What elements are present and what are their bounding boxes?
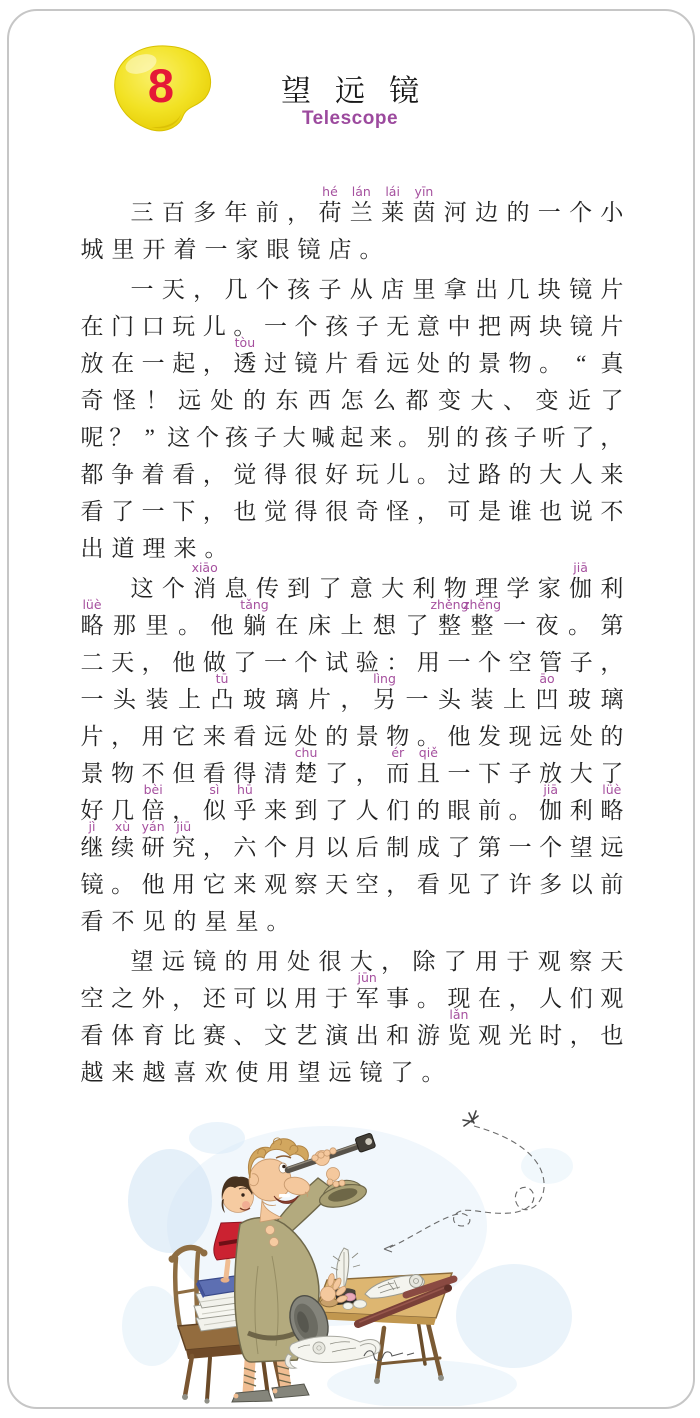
char: 似sì bbox=[202, 792, 226, 829]
char: 了 bbox=[478, 866, 502, 903]
char: 天 bbox=[325, 866, 349, 903]
char: 多 bbox=[539, 866, 563, 903]
pinyin-annotation: lüè bbox=[602, 784, 621, 797]
char: 演 bbox=[325, 1017, 349, 1054]
char: 了 bbox=[325, 755, 349, 792]
text-line: 三百多年前，荷hé兰lán莱lái茵yīn河边的一个小 bbox=[80, 194, 624, 231]
char: 孩 bbox=[287, 271, 311, 308]
char: 整zhěng bbox=[438, 607, 462, 644]
char: 处 bbox=[287, 943, 311, 980]
char: 二 bbox=[80, 644, 104, 681]
char: 也 bbox=[600, 1017, 624, 1054]
char: 乎hū bbox=[233, 792, 257, 829]
char: 意 bbox=[416, 308, 440, 345]
char: 喜 bbox=[173, 1054, 197, 1091]
char: 意 bbox=[349, 570, 373, 607]
char: 孩 bbox=[484, 419, 508, 456]
char: 人 bbox=[539, 980, 563, 1017]
char: 片 bbox=[600, 271, 624, 308]
char: 近 bbox=[568, 382, 592, 419]
char: 觉 bbox=[233, 456, 257, 493]
char: 想 bbox=[373, 607, 397, 644]
char: 他 bbox=[210, 607, 234, 644]
char: 用 bbox=[172, 866, 196, 903]
char: 一 bbox=[263, 308, 287, 345]
char: 家 bbox=[235, 231, 259, 268]
char: 谁 bbox=[508, 493, 532, 530]
char: 眼 bbox=[266, 231, 290, 268]
char: 且qiě bbox=[416, 755, 440, 792]
char: 头 bbox=[113, 681, 137, 718]
char: 上 bbox=[340, 607, 364, 644]
char: 以 bbox=[569, 866, 593, 903]
char: 出 bbox=[475, 271, 499, 308]
char: 望 bbox=[297, 1054, 321, 1091]
char: 利 bbox=[569, 792, 593, 829]
char: 一 bbox=[405, 681, 429, 718]
char: 。 bbox=[266, 903, 290, 940]
char: 一 bbox=[503, 607, 527, 644]
char: 消xiāo bbox=[193, 570, 217, 607]
char: 的 bbox=[243, 382, 267, 419]
char: 他 bbox=[141, 866, 165, 903]
char: 片 bbox=[80, 718, 104, 755]
pinyin-annotation: yán bbox=[142, 821, 165, 834]
char: 口 bbox=[141, 308, 165, 345]
char: 不 bbox=[111, 903, 135, 940]
text-line: 呢？”这个孩子大喊起来。别的孩子听了， bbox=[80, 419, 624, 456]
illustration bbox=[122, 1096, 582, 1406]
char: 来 bbox=[111, 1054, 135, 1091]
text-line: 望远镜的用处很大，除了用于观察天 bbox=[80, 943, 624, 980]
char: 一 bbox=[80, 681, 104, 718]
char: 了 bbox=[571, 419, 595, 456]
char: 开 bbox=[142, 231, 166, 268]
text-line: 空之外，还可以用于军jūn事。现在，人们观 bbox=[80, 980, 624, 1017]
char: 店 bbox=[381, 271, 405, 308]
pinyin-annotation: bèi bbox=[144, 784, 163, 797]
char: 很 bbox=[318, 943, 342, 980]
char: 也 bbox=[539, 493, 563, 530]
pinyin-annotation: lán bbox=[352, 186, 371, 199]
char: 着 bbox=[173, 231, 197, 268]
char: 远 bbox=[161, 943, 185, 980]
char: 里 bbox=[412, 271, 436, 308]
text-line: 一天，几个孩子从店里拿出几块镜片 bbox=[80, 271, 624, 308]
char: 里 bbox=[111, 231, 135, 268]
paragraph: 一天，几个孩子从店里拿出几块镜片在门口玩儿。一个孩子无意中把两块镜片放在一起，透… bbox=[80, 271, 624, 567]
char: 装 bbox=[145, 681, 169, 718]
char: 了 bbox=[405, 607, 429, 644]
char: 西 bbox=[308, 382, 332, 419]
char: 用 bbox=[294, 980, 318, 1017]
pinyin-annotation: qiě bbox=[419, 747, 438, 760]
text-line: 略lüè那里。他躺tǎng在床上想了整zhěng整zhěng一夜。第 bbox=[80, 607, 624, 644]
char: 别 bbox=[427, 419, 451, 456]
char: 光 bbox=[508, 1017, 532, 1054]
char: 争 bbox=[111, 456, 135, 493]
char: 另lìng bbox=[373, 681, 397, 718]
char: 门 bbox=[111, 308, 135, 345]
char: 块 bbox=[539, 308, 563, 345]
char: 在 bbox=[111, 345, 135, 382]
char: 镜 bbox=[569, 271, 593, 308]
text-line: 城里开着一家眼镜店。 bbox=[80, 231, 624, 268]
text-line: 片，用它来看远处的景物。他发现远处的 bbox=[80, 718, 624, 755]
char: 许 bbox=[508, 866, 532, 903]
char: 一 bbox=[447, 755, 471, 792]
char: 整zhěng bbox=[470, 607, 494, 644]
char: 镜 bbox=[80, 866, 104, 903]
char: 的 bbox=[224, 943, 248, 980]
char: 喊 bbox=[311, 419, 335, 456]
pinyin-annotation: yīn bbox=[415, 186, 434, 199]
char: 个 bbox=[478, 644, 502, 681]
char: 变 bbox=[535, 382, 559, 419]
char: 星 bbox=[204, 903, 228, 940]
char: 来 bbox=[600, 456, 624, 493]
char: 了 bbox=[111, 493, 135, 530]
text-line: 出道理来。 bbox=[80, 530, 624, 567]
char: 。 bbox=[421, 1054, 445, 1091]
char: 好 bbox=[325, 456, 349, 493]
char: 文 bbox=[263, 1017, 287, 1054]
char: 了 bbox=[325, 792, 349, 829]
char: 怎 bbox=[340, 382, 364, 419]
char: 空 bbox=[80, 980, 104, 1017]
pinyin-annotation: hé bbox=[322, 186, 338, 199]
char: 多 bbox=[193, 194, 217, 231]
char: 了 bbox=[390, 1054, 414, 1091]
char: 。 bbox=[568, 607, 592, 644]
char: 路 bbox=[478, 456, 502, 493]
char: 城 bbox=[80, 231, 104, 268]
char: 他 bbox=[172, 644, 196, 681]
char: 眼 bbox=[447, 792, 471, 829]
char: 子 bbox=[355, 308, 379, 345]
char: 镜 bbox=[359, 1054, 383, 1091]
char: 是 bbox=[478, 493, 502, 530]
char: 的 bbox=[325, 718, 349, 755]
pinyin-annotation: ér bbox=[391, 747, 404, 760]
char: 处 bbox=[569, 718, 593, 755]
char: 可 bbox=[233, 980, 257, 1017]
pinyin-annotation: āo bbox=[539, 673, 554, 686]
char: 无 bbox=[386, 308, 410, 345]
char: 着 bbox=[141, 456, 165, 493]
char: 人 bbox=[355, 792, 379, 829]
char: 事 bbox=[386, 980, 410, 1017]
char: 可 bbox=[447, 493, 471, 530]
char: 一 bbox=[508, 829, 532, 866]
char: 兰lán bbox=[349, 194, 373, 231]
char: 躺tǎng bbox=[243, 607, 267, 644]
char: 透tòu bbox=[233, 345, 257, 382]
char: 的 bbox=[173, 903, 197, 940]
char: 而ér bbox=[386, 755, 410, 792]
char: 那 bbox=[113, 607, 137, 644]
char: 来 bbox=[369, 419, 393, 456]
char: 研yán bbox=[141, 829, 165, 866]
char: 月 bbox=[294, 829, 318, 866]
char: ， bbox=[355, 755, 379, 792]
char: 空 bbox=[508, 644, 532, 681]
char: 续xù bbox=[111, 829, 135, 866]
char: 店 bbox=[328, 231, 352, 268]
char: 。 bbox=[111, 866, 135, 903]
char: 奇 bbox=[355, 493, 379, 530]
char: 前 bbox=[478, 792, 502, 829]
char: 几 bbox=[506, 271, 530, 308]
char: 学 bbox=[506, 570, 530, 607]
char: 见 bbox=[447, 866, 471, 903]
char: 艺 bbox=[294, 1017, 318, 1054]
char: ， bbox=[600, 419, 624, 456]
pinyin-annotation: jiū bbox=[176, 821, 191, 834]
char: 天 bbox=[600, 943, 624, 980]
char: ， bbox=[569, 1017, 593, 1054]
char: 片 bbox=[600, 308, 624, 345]
char: 得 bbox=[263, 456, 287, 493]
char: 床 bbox=[308, 607, 332, 644]
insect-icon bbox=[463, 1111, 478, 1126]
char: 一 bbox=[141, 345, 165, 382]
char: 远 bbox=[386, 345, 410, 382]
char: 们 bbox=[569, 980, 593, 1017]
char: 看 bbox=[233, 718, 257, 755]
char: 军jūn bbox=[355, 980, 379, 1017]
char: 、 bbox=[233, 1017, 257, 1054]
char: 物 bbox=[111, 755, 135, 792]
char: 第 bbox=[600, 607, 624, 644]
char: ， bbox=[172, 980, 196, 1017]
char: 一 bbox=[141, 493, 165, 530]
char: 个 bbox=[161, 570, 185, 607]
char: 究jiū bbox=[172, 829, 196, 866]
char: ， bbox=[600, 644, 624, 681]
char: 外 bbox=[141, 980, 165, 1017]
char: 都 bbox=[405, 382, 429, 419]
paragraph: 三百多年前，荷hé兰lán莱lái茵yīn河边的一个小城里开着一家眼镜店。 bbox=[80, 194, 624, 268]
char: 景 bbox=[478, 345, 502, 382]
pinyin-annotation: tǎng bbox=[240, 599, 268, 612]
char: 子 bbox=[253, 419, 277, 456]
char: 观 bbox=[478, 1017, 502, 1054]
char: 来 bbox=[233, 866, 257, 903]
pinyin-annotation: zhěng bbox=[463, 599, 501, 612]
char: 在 bbox=[478, 980, 502, 1017]
char: 后 bbox=[355, 829, 379, 866]
char: 个 bbox=[294, 308, 318, 345]
pinyin-annotation: jì bbox=[89, 821, 96, 834]
char: 得 bbox=[294, 493, 318, 530]
char: 下 bbox=[172, 493, 196, 530]
char: 子 bbox=[569, 644, 593, 681]
char: 孩 bbox=[325, 308, 349, 345]
pinyin-annotation: hū bbox=[237, 784, 253, 797]
char: 上 bbox=[178, 681, 202, 718]
char: 看 bbox=[416, 866, 440, 903]
pinyin-annotation: jiā bbox=[543, 784, 558, 797]
char: ， bbox=[381, 943, 405, 980]
char: 使 bbox=[235, 1054, 259, 1091]
char: 家 bbox=[537, 570, 561, 607]
char: 天 bbox=[161, 271, 185, 308]
char: 。 bbox=[539, 345, 563, 382]
pinyin-annotation: xiāo bbox=[192, 562, 218, 575]
char: 两 bbox=[508, 308, 532, 345]
char: 体 bbox=[111, 1017, 135, 1054]
char: 觉 bbox=[263, 493, 287, 530]
char: ， bbox=[193, 271, 217, 308]
char: ， bbox=[202, 829, 226, 866]
char: 远 bbox=[328, 1054, 352, 1091]
char: 镜 bbox=[297, 231, 321, 268]
char: 真 bbox=[600, 345, 624, 382]
char: 览lǎn bbox=[447, 1017, 471, 1054]
char: 前 bbox=[600, 866, 624, 903]
char: 之 bbox=[111, 980, 135, 1017]
char: 观 bbox=[537, 943, 561, 980]
char: 出 bbox=[355, 1017, 379, 1054]
char: 这 bbox=[167, 419, 191, 456]
char: 东 bbox=[275, 382, 299, 419]
char: 来 bbox=[263, 792, 287, 829]
char: 片 bbox=[308, 681, 332, 718]
char: 和 bbox=[386, 1017, 410, 1054]
char: 远 bbox=[539, 718, 563, 755]
char: 。 bbox=[359, 231, 383, 268]
char: 玻 bbox=[568, 681, 592, 718]
char: 荷hé bbox=[318, 194, 342, 231]
char: 中 bbox=[447, 308, 471, 345]
char: 清 bbox=[263, 755, 287, 792]
pinyin-annotation: xù bbox=[115, 821, 130, 834]
text-line: 越来越喜欢使用望远镜了。 bbox=[80, 1054, 624, 1091]
char: ， bbox=[386, 866, 410, 903]
char: 的 bbox=[416, 792, 440, 829]
char: 个 bbox=[294, 644, 318, 681]
char: 理 bbox=[142, 530, 166, 567]
char: 看 bbox=[172, 456, 196, 493]
char: 不 bbox=[600, 493, 624, 530]
char: 璃 bbox=[600, 681, 624, 718]
char: 利 bbox=[600, 570, 624, 607]
char: 看 bbox=[80, 1017, 104, 1054]
char: 以 bbox=[325, 829, 349, 866]
char: 继jì bbox=[80, 829, 104, 866]
char: 大 bbox=[539, 456, 563, 493]
char: 用 bbox=[255, 943, 279, 980]
char: 百 bbox=[161, 194, 185, 231]
char: 三 bbox=[130, 194, 154, 231]
char: 到 bbox=[294, 792, 318, 829]
char: 头 bbox=[438, 681, 462, 718]
pinyin-annotation: lǎn bbox=[449, 1009, 468, 1022]
text-line: 镜。他用它来观察天空，看见了许多以前 bbox=[80, 866, 624, 903]
char: ， bbox=[340, 681, 364, 718]
char: 。 bbox=[416, 456, 440, 493]
char: 从 bbox=[349, 271, 373, 308]
char: 现 bbox=[508, 718, 532, 755]
lesson-text: 三百多年前，荷hé兰lán莱lái茵yīn河边的一个小城里开着一家眼镜店。一天，… bbox=[80, 194, 624, 1091]
char: 越 bbox=[80, 1054, 104, 1091]
text-line: 继jì续xù研yán究jiū，六个月以后制成了第一个望远 bbox=[80, 829, 624, 866]
char: 来 bbox=[202, 718, 226, 755]
char: 了 bbox=[600, 382, 624, 419]
text-line: 看了一下，也觉得很奇怪，可是谁也说不 bbox=[80, 493, 624, 530]
char: 物 bbox=[508, 345, 532, 382]
text-line: 看不见的星星。 bbox=[80, 903, 624, 940]
char: 时 bbox=[539, 1017, 563, 1054]
char: 的 bbox=[506, 194, 530, 231]
char: 片 bbox=[325, 345, 349, 382]
char: 变 bbox=[438, 382, 462, 419]
char: 了 bbox=[233, 644, 257, 681]
char: 远 bbox=[178, 382, 202, 419]
char: 也 bbox=[233, 493, 257, 530]
pinyin-annotation: sì bbox=[209, 784, 219, 797]
char: 个 bbox=[255, 271, 279, 308]
char: 大 bbox=[569, 755, 593, 792]
char: 的 bbox=[455, 419, 479, 456]
char: 游 bbox=[416, 1017, 440, 1054]
text-line: 奇怪！远处的东西怎么都变大、变近了 bbox=[80, 382, 624, 419]
char: 了 bbox=[443, 943, 467, 980]
char: 装 bbox=[470, 681, 494, 718]
char: 远 bbox=[263, 718, 287, 755]
char: ， bbox=[416, 493, 440, 530]
char: 处 bbox=[210, 382, 234, 419]
char: 的 bbox=[600, 718, 624, 755]
char: 凹āo bbox=[535, 681, 559, 718]
char: 道 bbox=[111, 530, 135, 567]
char: 凸tū bbox=[210, 681, 234, 718]
char: 大 bbox=[470, 382, 494, 419]
char: ， bbox=[141, 644, 165, 681]
char: 还 bbox=[202, 980, 226, 1017]
char: 景 bbox=[355, 718, 379, 755]
telescope-illustration bbox=[122, 1096, 582, 1406]
char: 个 bbox=[196, 419, 220, 456]
pinyin-annotation: chu bbox=[295, 747, 318, 760]
char: ， bbox=[202, 493, 226, 530]
char: 看 bbox=[355, 345, 379, 382]
char: 拿 bbox=[443, 271, 467, 308]
char: 空 bbox=[355, 866, 379, 903]
char: 听 bbox=[542, 419, 566, 456]
char: 试 bbox=[325, 644, 349, 681]
pinyin-annotation: lüè bbox=[82, 599, 101, 612]
char: 略lüè bbox=[600, 792, 624, 829]
char: 玻 bbox=[243, 681, 267, 718]
char: ” bbox=[138, 419, 162, 456]
char: 天 bbox=[111, 644, 135, 681]
char: 了 bbox=[447, 829, 471, 866]
char: 。 bbox=[178, 607, 202, 644]
pinyin-annotation: jiā bbox=[573, 562, 588, 575]
char: 把 bbox=[478, 308, 502, 345]
char: 出 bbox=[80, 530, 104, 567]
char: 都 bbox=[80, 456, 104, 493]
pinyin-annotation: tòu bbox=[235, 337, 255, 350]
char: 怪 bbox=[113, 382, 137, 419]
char: 。 bbox=[416, 980, 440, 1017]
char: 上 bbox=[503, 681, 527, 718]
char: 个 bbox=[263, 829, 287, 866]
char: ， bbox=[111, 718, 135, 755]
pinyin-annotation: lìng bbox=[373, 673, 396, 686]
